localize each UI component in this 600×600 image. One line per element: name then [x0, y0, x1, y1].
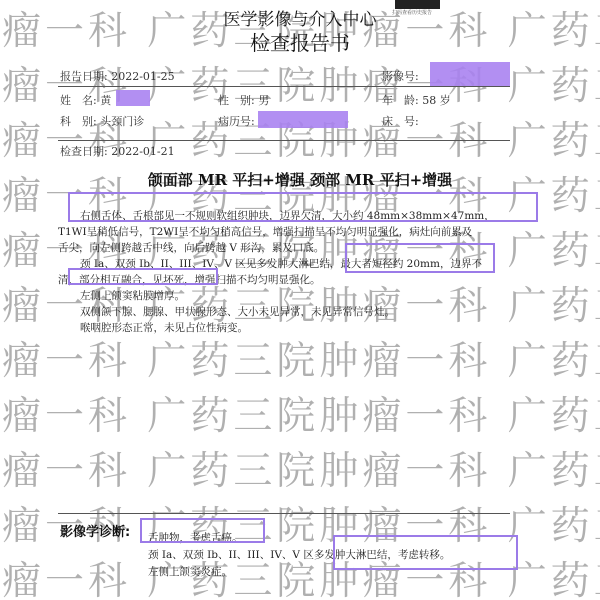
age-field: 年 龄: 58 岁: [382, 92, 451, 108]
divider: [58, 86, 510, 87]
bed-field: 床 号:: [382, 113, 419, 129]
sex-label: 性 别:: [218, 94, 255, 107]
diagnosis-item: 左侧上颌窦炎症。: [148, 564, 232, 579]
report-date-label: 报告日期:: [60, 70, 108, 83]
report-date-value: 2022-01-25: [111, 70, 174, 83]
sex-value: 男: [258, 94, 269, 107]
finding-line: 喉咽腔形态正常，未见占位性病变。: [80, 320, 248, 335]
qr-code[interactable]: [395, 0, 440, 9]
age-label: 年 龄:: [382, 94, 419, 107]
redaction-record-no: [258, 111, 348, 128]
report-date-field: 报告日期: 2022-01-25: [60, 68, 175, 84]
name-value: 黄: [100, 94, 111, 107]
report-title: 检查报告书: [0, 27, 600, 56]
highlight-box-tumor: [68, 192, 538, 222]
sex-field: 性 别: 男: [218, 92, 269, 108]
age-value: 58 岁: [422, 94, 451, 107]
highlight-box-metastasis: [333, 535, 518, 570]
dept-value: 头颈门诊: [100, 115, 144, 128]
image-no-label: 影像号:: [382, 70, 419, 83]
divider: [58, 140, 510, 141]
exam-date-field: 检查日期: 2022-01-21: [60, 143, 175, 159]
finding-line: T1WI呈稍低信号，T2WI呈不均匀稍高信号，增强扫描呈不均匀明显强化，病灶向前…: [58, 224, 472, 239]
exam-date-label: 检查日期:: [60, 145, 108, 158]
exam-title: 颌面部 MR 平扫+增强 颈部 MR 平扫+增强: [0, 169, 600, 190]
diagnosis-label: 影像学诊断:: [60, 521, 130, 540]
dept-label: 科 别:: [60, 115, 97, 128]
finding-line: 双侧颌下腺、腮腺、甲状腺形态、大小未见异常，未见异常信号灶。: [80, 304, 395, 319]
dept-field: 科 别: 头颈门诊: [60, 113, 144, 129]
record-no-label: 病历号:: [218, 115, 255, 128]
divider: [58, 513, 510, 514]
bed-label: 床 号:: [382, 115, 419, 128]
finding-line: 左侧上颌窦粘膜增厚。: [80, 288, 185, 303]
finding-line: 舌尖，向左侧跨越舌中线，向后跨越 V 形沟，累及口底。: [58, 240, 324, 255]
name-field: 姓 名: 黄: [60, 92, 111, 108]
highlight-box-lymph-size: [345, 243, 495, 273]
highlight-box-tongue-cancer: [140, 518, 265, 543]
record-no-field: 病历号:: [218, 113, 255, 129]
highlight-box-necrosis: [68, 268, 218, 285]
redaction-name: [116, 90, 150, 106]
name-label: 姓 名:: [60, 94, 97, 107]
qr-caption: 扫码查看历史报告: [392, 9, 432, 16]
exam-date-value: 2022-01-21: [111, 145, 174, 158]
redaction-image-no: [430, 62, 510, 87]
report-document: 医学影像与介入中心 检查报告书 扫码查看历史报告 报告日期: 2022-01-2…: [0, 0, 600, 600]
image-no-field: 影像号:: [382, 68, 419, 84]
